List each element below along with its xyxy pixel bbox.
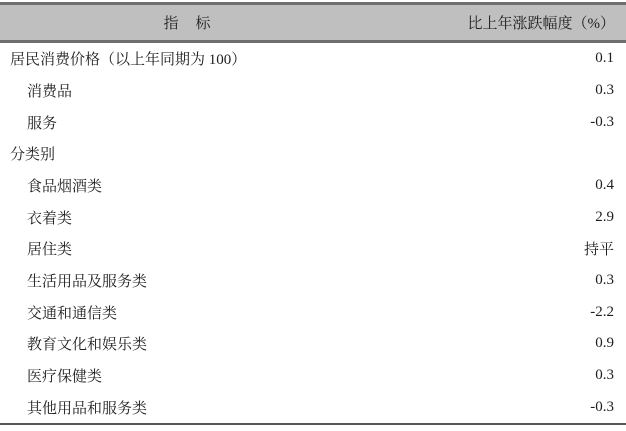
row-value: 0.3: [595, 367, 614, 384]
table-row: 交通和通信类-2.2: [0, 296, 626, 328]
table-bottom-rule: [0, 423, 626, 425]
row-label: 居住类: [27, 238, 584, 259]
row-label: 衣着类: [27, 207, 595, 228]
row-value: 0.9: [595, 335, 614, 352]
table-row: 教育文化和娱乐类0.9: [0, 328, 626, 360]
row-value: -2.2: [590, 304, 614, 321]
row-value: 0.4: [595, 177, 614, 194]
row-value: -0.3: [590, 114, 614, 131]
row-label: 消费品: [27, 80, 595, 101]
row-label: 居民消费价格（以上年同期为 100）: [10, 48, 595, 69]
table-row: 其他用品和服务类-0.3: [0, 391, 626, 423]
table-row: 分类别: [0, 138, 626, 170]
table-row: 食品烟酒类0.4: [0, 170, 626, 202]
table-row: 居民消费价格（以上年同期为 100）0.1: [0, 43, 626, 75]
row-label: 交通和通信类: [27, 302, 590, 323]
row-label: 食品烟酒类: [27, 175, 595, 196]
table-row: 医疗保健类0.3: [0, 360, 626, 392]
row-label: 服务: [27, 112, 590, 133]
table-row: 生活用品及服务类0.3: [0, 265, 626, 297]
row-value: 0.3: [595, 272, 614, 289]
row-value: 持平: [584, 238, 614, 259]
row-label: 医疗保健类: [27, 365, 595, 386]
table-row: 居住类持平: [0, 233, 626, 265]
row-label: 教育文化和娱乐类: [27, 333, 595, 354]
row-label: 分类别: [10, 143, 614, 164]
row-value: 2.9: [595, 209, 614, 226]
header-change-label: 比上年涨跌幅度（%）: [375, 12, 626, 33]
table-body: 居民消费价格（以上年同期为 100）0.1消费品0.3服务-0.3分类别食品烟酒…: [0, 43, 626, 423]
row-label: 其他用品和服务类: [27, 397, 590, 418]
statistics-table-page: 指 标 比上年涨跌幅度（%） 居民消费价格（以上年同期为 100）0.1消费品0…: [0, 0, 626, 431]
row-value: 0.3: [595, 82, 614, 99]
table-row: 消费品0.3: [0, 75, 626, 107]
row-value: 0.1: [595, 50, 614, 67]
row-label: 生活用品及服务类: [27, 270, 595, 291]
table-header-row: 指 标 比上年涨跌幅度（%）: [0, 5, 626, 40]
row-value: -0.3: [590, 399, 614, 416]
table-row: 服务-0.3: [0, 106, 626, 138]
header-indicator-label: 指 标: [0, 12, 375, 33]
table-row: 衣着类2.9: [0, 201, 626, 233]
